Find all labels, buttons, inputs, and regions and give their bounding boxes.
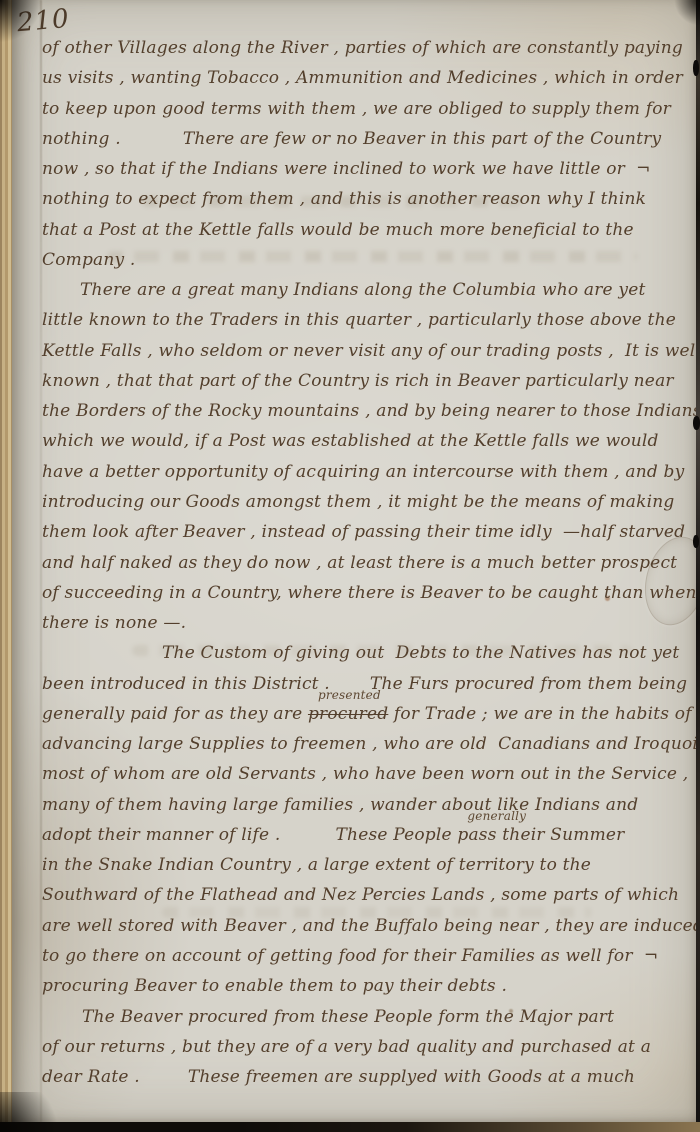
inserted-word: presented (318, 689, 381, 701)
scan-corner-top-right (674, 0, 700, 26)
manuscript-line: which we would, if a Post was establishe… (42, 426, 687, 456)
manuscript-text: of other Villages along the River , part… (42, 33, 683, 63)
manuscript-line: to keep upon good terms with them , we a… (42, 94, 687, 124)
manuscript-text: us visits , wanting Tobacco , Ammunition… (42, 63, 683, 93)
manuscript-line: Company . (42, 245, 687, 275)
manuscript-line: now , so that if the Indians were inclin… (42, 154, 687, 184)
manuscript-text: and half naked as they do now , at least… (42, 548, 677, 578)
manuscript-text: The Furs procured from them being (370, 669, 687, 699)
manuscript-text: These People (336, 820, 458, 850)
manuscript-line: There are a great many Indians along the… (42, 275, 687, 305)
manuscript-text: These freemen are supplyed with Goods at… (188, 1062, 635, 1092)
manuscript-line: advancing large Supplies to freemen , wh… (42, 729, 687, 759)
manuscript-text: to keep upon good terms with them , we a… (42, 94, 671, 124)
manuscript-text: generally paid for as they are (42, 699, 308, 729)
manuscript-line: to go there on account of getting food f… (42, 941, 687, 971)
manuscript-line: of succeeding in a Country, where there … (42, 578, 687, 608)
manuscript-text: there is none —. (42, 608, 186, 638)
manuscript-line: nothing .There are few or no Beaver in t… (42, 124, 687, 154)
manuscript-text: The Beaver procured from these People fo… (82, 1002, 614, 1032)
manuscript-line: dear Rate .These freemen are supplyed wi… (42, 1062, 687, 1092)
manuscript-line: adopt their manner of life .These People… (42, 820, 687, 850)
manuscript-line: introducing our Goods amongst them , it … (42, 487, 687, 517)
manuscript-text: that a Post at the Kettle falls would be… (42, 215, 634, 245)
manuscript-text: Southward of the Flathead and Nez Percie… (42, 880, 679, 910)
manuscript-line: generally paid for as they are procuredp… (42, 699, 687, 729)
inserted-word: generally (467, 810, 526, 822)
manuscript-text: the Borders of the Rocky mountains , and… (42, 396, 697, 426)
manuscript-text: pass their Summergenerally (457, 820, 624, 850)
manuscript-line: procuring Beaver to enable them to pay t… (42, 971, 687, 1001)
manuscript-text: introducing our Goods amongst them , it … (42, 487, 674, 517)
manuscript-line: the Borders of the Rocky mountains , and… (42, 396, 687, 426)
manuscript-text: of succeeding in a Country, where there … (42, 578, 697, 608)
manuscript-text: nothing to expect from them , and this i… (42, 184, 646, 214)
scan-corner-bottom-left (0, 1092, 70, 1132)
manuscript-text: which we would, if a Post was establishe… (42, 426, 659, 456)
manuscript-line: Kettle Falls , who seldom or never visit… (42, 336, 687, 366)
manuscript-text: of our returns , but they are of a very … (42, 1032, 651, 1062)
manuscript-text: There are few or no Beaver in this part … (183, 124, 661, 154)
struck-word: procuredpresented (308, 699, 388, 729)
manuscript-text: to go there on account of getting food f… (42, 941, 658, 971)
manuscript-text: for Trade ; we are in the habits of (388, 699, 691, 729)
manuscript-line: many of them having large families , wan… (42, 790, 687, 820)
manuscript-line: them look after Beaver , instead of pass… (42, 517, 687, 547)
manuscript-text: nothing . (42, 124, 121, 154)
manuscript-text: procuring Beaver to enable them to pay t… (42, 971, 507, 1001)
manuscript-text: in the Snake Indian Country , a large ex… (42, 850, 591, 880)
scan-edge-mark (693, 416, 700, 430)
document-scan: 210 of other Villages along the River , … (0, 0, 700, 1132)
scan-edge-bottom (0, 1122, 700, 1132)
manuscript-line: there is none —. (42, 608, 687, 638)
manuscript-line: us visits , wanting Tobacco , Ammunition… (42, 63, 687, 93)
manuscript-text: Kettle Falls , who seldom or never visit… (42, 336, 697, 366)
manuscript-line: are well stored with Beaver , and the Bu… (42, 911, 687, 941)
manuscript-text: most of whom are old Servants , who have… (42, 759, 688, 789)
manuscript-text: adopt their manner of life . (42, 820, 281, 850)
manuscript-line: Southward of the Flathead and Nez Percie… (42, 880, 687, 910)
manuscript-text: are well stored with Beaver , and the Bu… (42, 911, 697, 941)
scan-edge-mark (693, 60, 699, 76)
manuscript-line: that a Post at the Kettle falls would be… (42, 215, 687, 245)
manuscript-text: have a better opportunity of acquiring a… (42, 457, 684, 487)
manuscript-text: The Custom of giving out Debts to the Na… (162, 638, 679, 668)
manuscript-text: been introduced in this District . (42, 669, 330, 699)
manuscript-text: many of them having large families , wan… (42, 790, 638, 820)
scan-edge-right (696, 0, 700, 1132)
manuscript-text: There are a great many Indians along the… (80, 275, 646, 305)
manuscript-line: nothing to expect from them , and this i… (42, 184, 687, 214)
manuscript-text: Company . (42, 245, 136, 275)
manuscript-text: now , so that if the Indians were inclin… (42, 154, 651, 184)
manuscript-line: of other Villages along the River , part… (42, 33, 687, 63)
manuscript-text-block: of other Villages along the River , part… (42, 33, 687, 1092)
manuscript-text: little known to the Traders in this quar… (42, 305, 676, 335)
manuscript-line: little known to the Traders in this quar… (42, 305, 687, 335)
manuscript-text: known , that that part of the Country is… (42, 366, 674, 396)
manuscript-text: dear Rate . (42, 1062, 140, 1092)
manuscript-line: most of whom are old Servants , who have… (42, 759, 687, 789)
manuscript-text: advancing large Supplies to freemen , wh… (42, 729, 697, 759)
manuscript-line: in the Snake Indian Country , a large ex… (42, 850, 687, 880)
manuscript-line: of our returns , but they are of a very … (42, 1032, 687, 1062)
manuscript-line: The Beaver procured from these People fo… (42, 1002, 687, 1032)
manuscript-line: The Custom of giving out Debts to the Na… (42, 638, 687, 668)
manuscript-line: and half naked as they do now , at least… (42, 548, 687, 578)
manuscript-text: them look after Beaver , instead of pass… (42, 517, 685, 547)
scan-corner-top-left (0, 0, 44, 44)
manuscript-page: 210 of other Villages along the River , … (12, 0, 697, 1124)
manuscript-line: known , that that part of the Country is… (42, 366, 687, 396)
scan-edge-mark (693, 535, 699, 548)
manuscript-line: have a better opportunity of acquiring a… (42, 457, 687, 487)
